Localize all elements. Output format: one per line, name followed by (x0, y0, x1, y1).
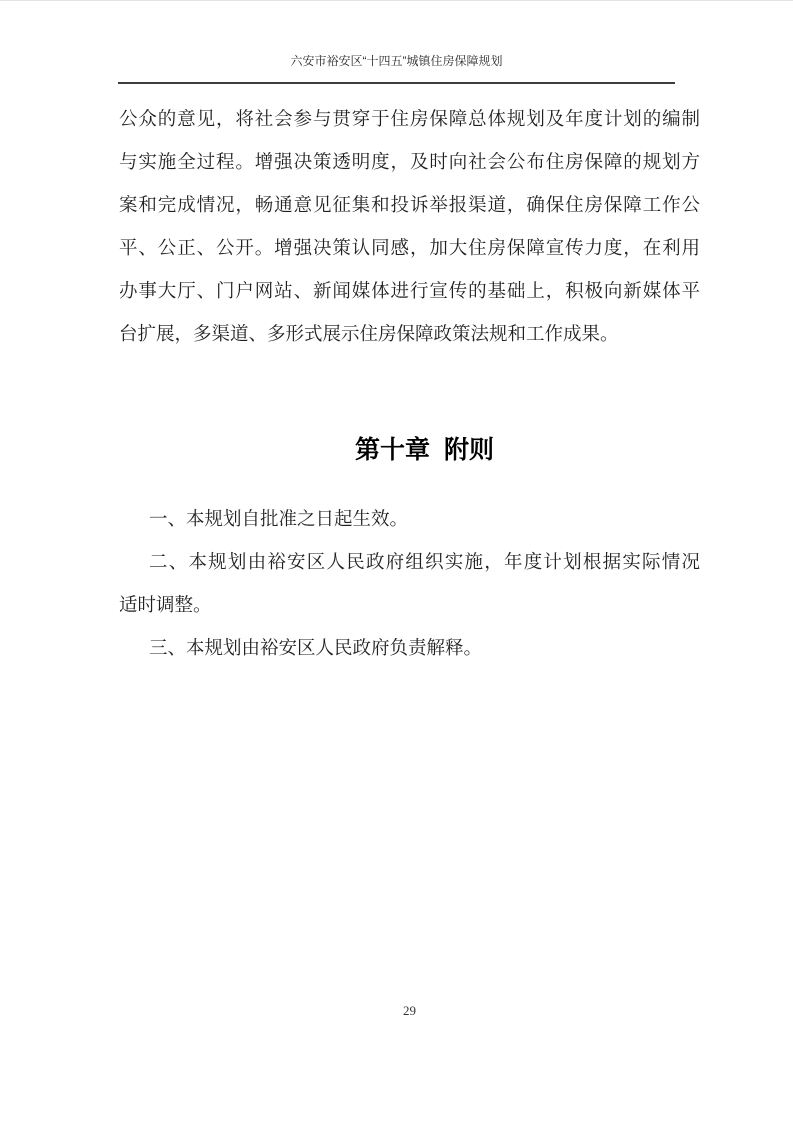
document-page: 六安市裕安区“十四五”城镇住房保障规划 公众的意见，将社会参与贯穿于住房保障总体… (0, 0, 793, 1122)
body-paragraph: 公众的意见，将社会参与贯穿于住房保障总体规划及年度计划的编制与实施全过程。增强决… (119, 99, 700, 357)
paragraph-line: 办事大厅、门户网站、新闻媒体进行宣传的基础上，积极向新媒体平 (119, 271, 700, 314)
annex-item-line: 三、本规划由裕安区人民政府负责解释。 (119, 628, 700, 671)
annex-item-line: 二、本规划由裕安区人民政府组织实施，年度计划根据实际情况 (119, 542, 700, 585)
page-header: 六安市裕安区“十四五”城镇住房保障规划 (118, 53, 675, 84)
paragraph-line: 平、公正、公开。增强决策认同感，加大住房保障宣传力度，在利用 (119, 228, 700, 271)
page-footer: 29 (119, 1003, 700, 1019)
paragraph-line: 台扩展，多渠道、多形式展示住房保障政策法规和工作成果。 (119, 314, 700, 357)
paragraph-line: 与实施全过程。增强决策透明度，及时向社会公布住房保障的规划方 (119, 142, 700, 185)
paragraph-line: 案和完成情况，畅通意见征集和投诉举报渠道，确保住房保障工作公 (119, 185, 700, 228)
annex-items: 一、本规划自批准之日起生效。二、本规划由裕安区人民政府组织实施，年度计划根据实际… (119, 499, 700, 671)
annex-item-line: 一、本规划自批准之日起生效。 (119, 499, 700, 542)
paragraph-line: 公众的意见，将社会参与贯穿于住房保障总体规划及年度计划的编制 (119, 99, 700, 142)
header-title: 六安市裕安区“十四五”城镇住房保障规划 (291, 54, 503, 68)
annex-item-line: 适时调整。 (119, 585, 700, 628)
chapter-heading: 第十章 附则 (119, 429, 700, 472)
page-number: 29 (403, 1003, 416, 1018)
